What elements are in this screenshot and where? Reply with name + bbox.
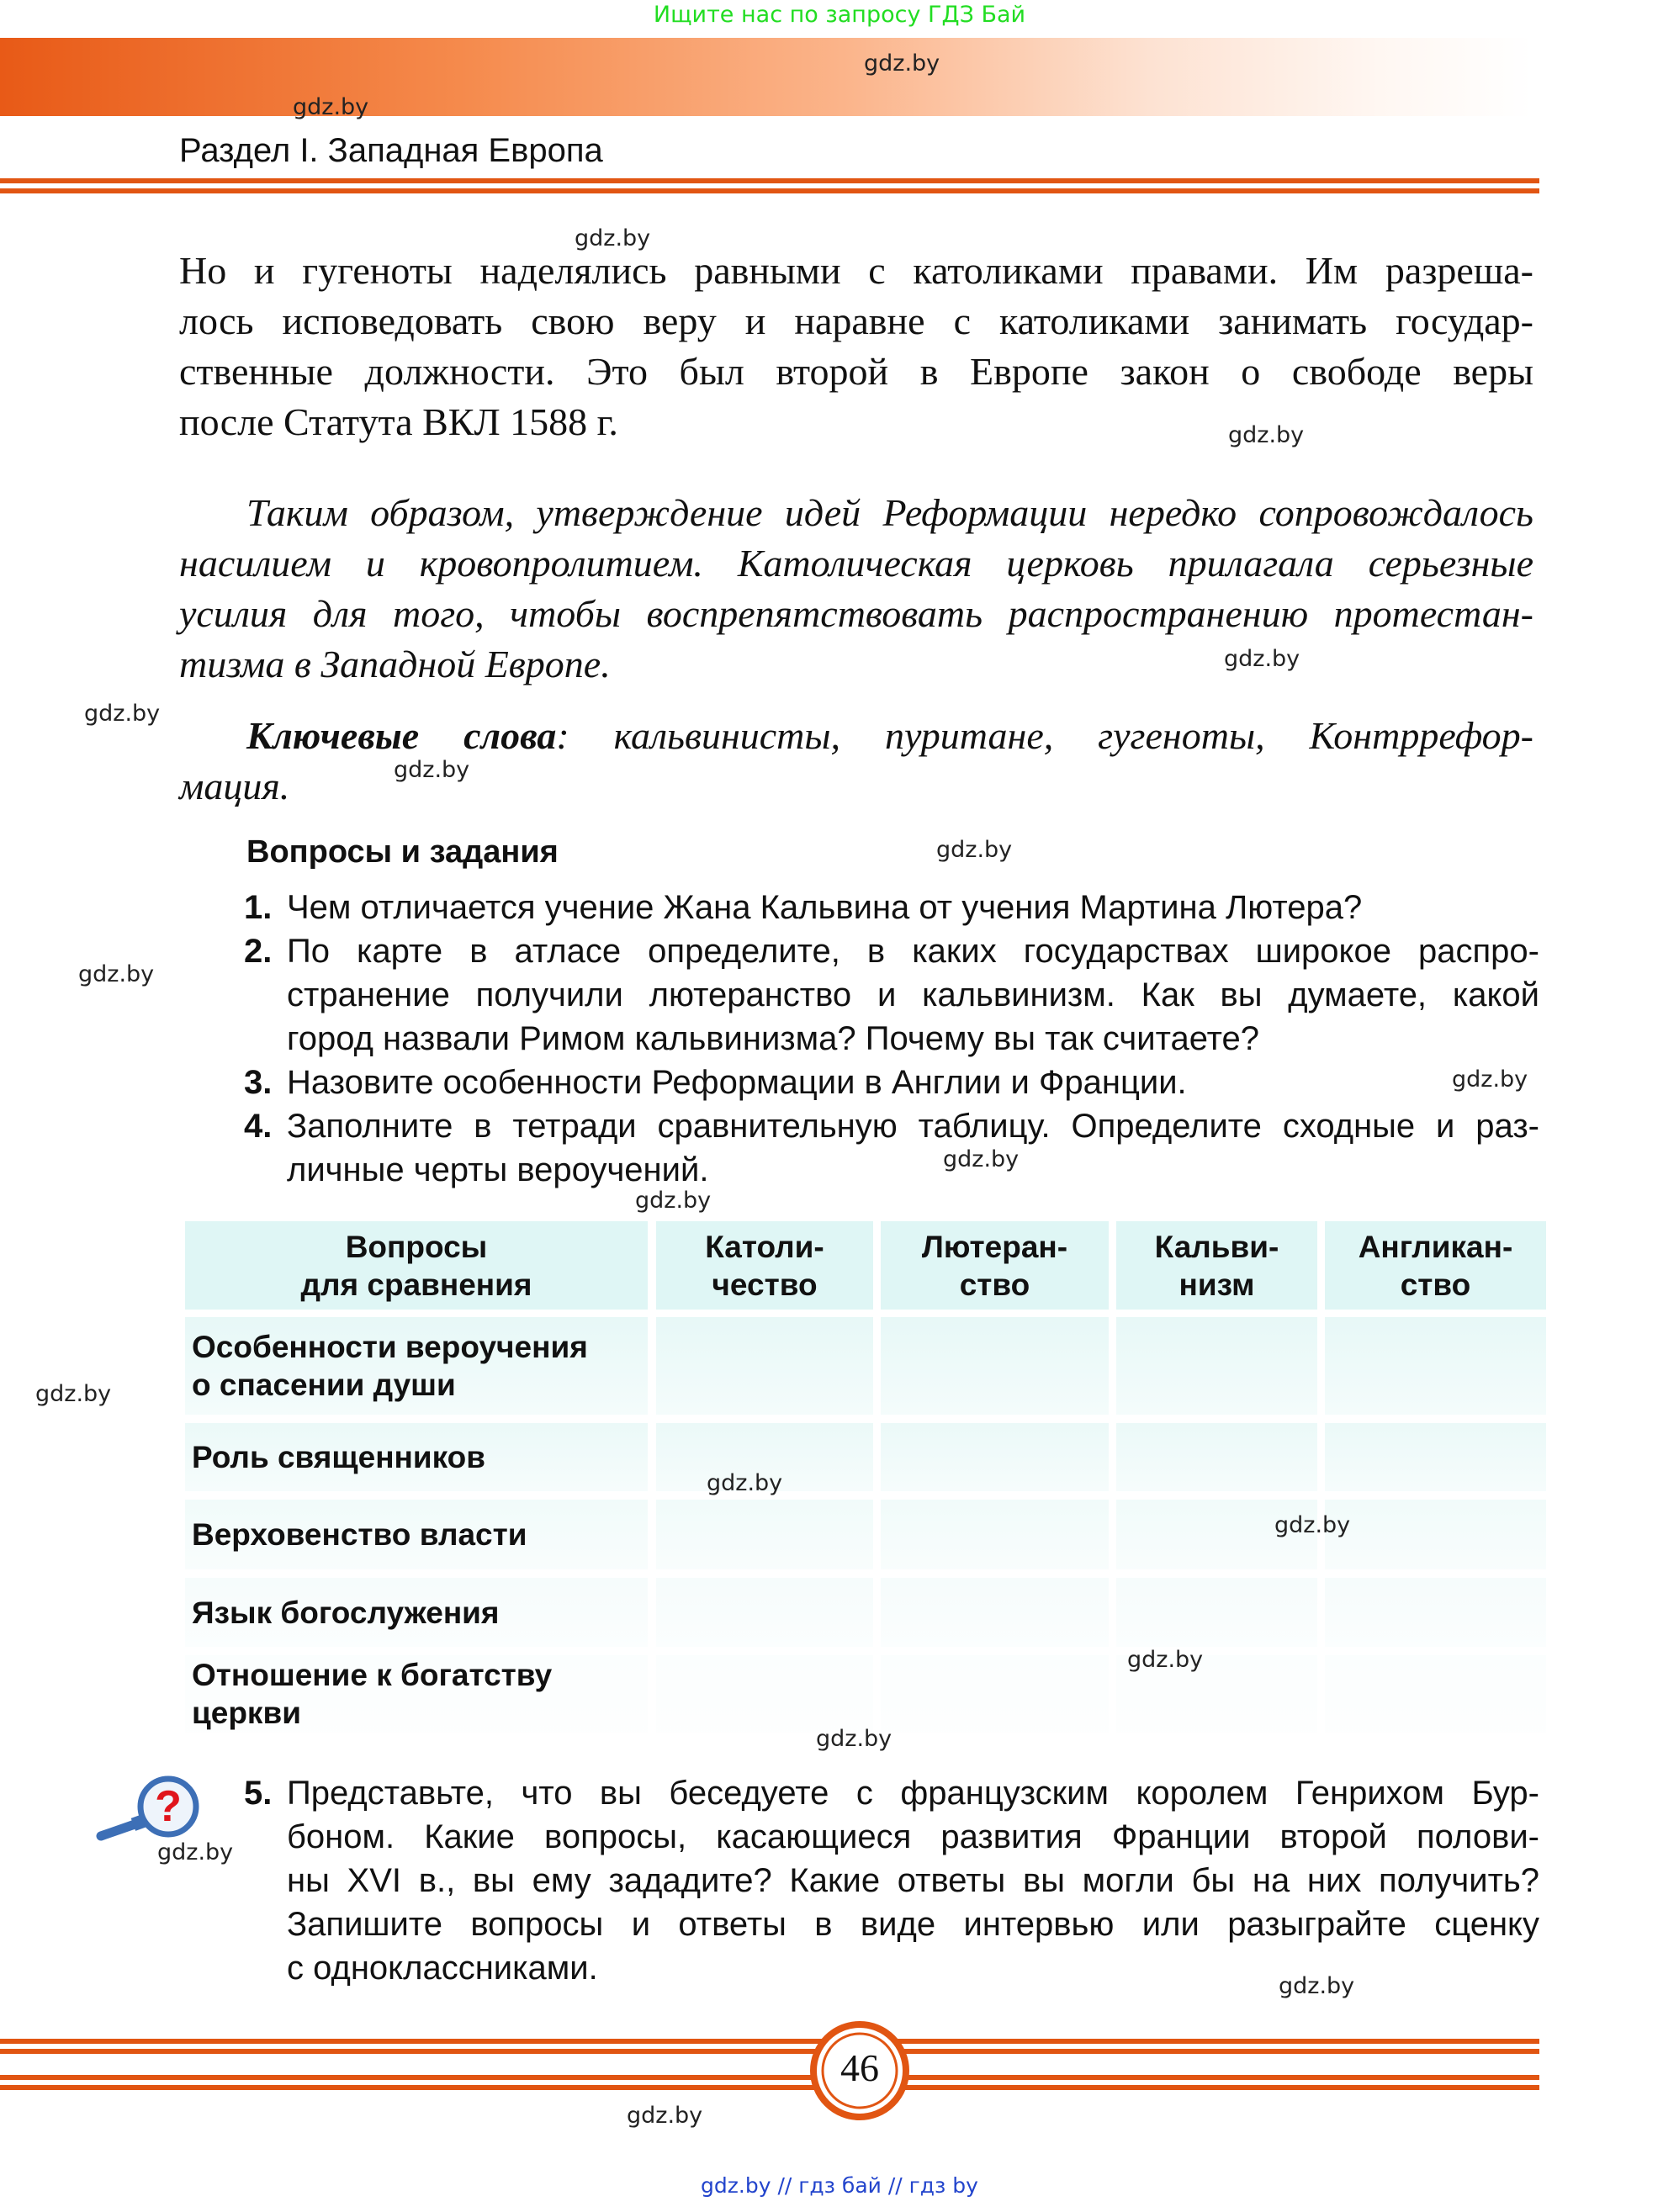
question-item: 2. По карте в атласе определите, в каких… bbox=[244, 929, 1539, 1061]
conclusion-paragraph: Таким образом, утверждение идей Реформац… bbox=[179, 488, 1533, 690]
table-cell bbox=[881, 1500, 1109, 1569]
table-cell bbox=[881, 1423, 1109, 1491]
watermark: gdz.by bbox=[943, 1146, 1019, 1172]
paragraph-line: Но и гугеноты наделялись равными с катол… bbox=[179, 246, 1533, 296]
watermark: gdz.by bbox=[864, 50, 940, 77]
question-line: боном. Какие вопросы, касающиеся развити… bbox=[287, 1815, 1539, 1859]
footer-links[interactable]: gdz.by // гдз бай // гдз by bbox=[0, 2173, 1679, 2198]
question-item: 3. Назовите особенности Реформации в Анг… bbox=[244, 1061, 1539, 1104]
watermark: gdz.by bbox=[293, 94, 368, 120]
watermark: gdz.by bbox=[816, 1726, 892, 1752]
paragraph-line: Таким образом, утверждение идей Реформац… bbox=[179, 488, 1533, 538]
question-number: 2. bbox=[244, 929, 272, 973]
cell-text: Роль священников bbox=[192, 1438, 485, 1476]
table-row-header: Роль священников bbox=[185, 1423, 648, 1491]
watermark: gdz.by bbox=[575, 225, 650, 251]
watermark: gdz.by bbox=[1228, 422, 1304, 448]
table-cell bbox=[881, 1317, 1109, 1415]
watermark: gdz.by bbox=[1224, 646, 1300, 672]
watermark: gdz.by bbox=[394, 757, 469, 783]
magnifier-question-icon: ? bbox=[91, 1769, 204, 1844]
cell-text: Католи- чество bbox=[705, 1228, 824, 1304]
table-row-header: Верховенство власти bbox=[185, 1500, 648, 1569]
table-cell bbox=[1325, 1655, 1546, 1733]
paragraph-line: усилия для того, чтобы воспрепятствовать… bbox=[179, 589, 1533, 639]
keywords-line: мация. bbox=[179, 761, 1533, 812]
footer-rule bbox=[0, 2039, 1539, 2044]
table-cell bbox=[1325, 1423, 1546, 1491]
table-header-cell: Англикан- ство bbox=[1325, 1221, 1546, 1310]
question-line: странение получили лютеранство и кальвин… bbox=[287, 973, 1539, 1017]
cell-text: Лютеран- ство bbox=[922, 1228, 1067, 1304]
header-band bbox=[0, 38, 1533, 116]
table-header-cell: Вопросы для сравнения bbox=[185, 1221, 648, 1310]
header-rule-top bbox=[0, 178, 1539, 183]
watermark: gdz.by bbox=[707, 1470, 782, 1496]
watermark: gdz.by bbox=[936, 837, 1012, 863]
question-line: Заполните в тетради сравнительную таблиц… bbox=[287, 1104, 1539, 1148]
svg-text:?: ? bbox=[155, 1782, 182, 1831]
table-header-cell: Католи- чество bbox=[656, 1221, 873, 1310]
question-line: город назвали Римом кальвинизма? Почему … bbox=[287, 1017, 1539, 1061]
watermark: gdz.by bbox=[1279, 1973, 1354, 1999]
question-line: Представьте, что вы беседуете с французс… bbox=[287, 1771, 1539, 1815]
search-banner: Ищите нас по запросу ГДЗ Бай bbox=[0, 2, 1679, 28]
table-cell bbox=[1116, 1423, 1317, 1491]
cell-text: Особенности вероучения о спасении души bbox=[192, 1328, 588, 1404]
cell-text: Верховенство власти bbox=[192, 1516, 527, 1553]
keywords-paragraph: Ключевые слова: кальвинисты, пуритане, г… bbox=[179, 711, 1533, 812]
question-number: 5. bbox=[244, 1771, 272, 1815]
paragraph-line: после Статута ВКЛ 1588 г. bbox=[179, 397, 1533, 447]
question-item: 4. Заполните в тетради сравнительную таб… bbox=[244, 1104, 1539, 1192]
watermark: gdz.by bbox=[1452, 1066, 1528, 1093]
question-item: 5. Представьте, что вы беседуете с франц… bbox=[244, 1771, 1539, 1990]
cell-text: Вопросы для сравнения bbox=[301, 1228, 532, 1304]
page-number: 46 bbox=[809, 2045, 910, 2090]
table-row-header: Язык богослужения bbox=[185, 1578, 648, 1647]
question-line: ны XVI в., вы ему зададите? Какие ответы… bbox=[287, 1859, 1539, 1902]
footer-rule bbox=[0, 2049, 1539, 2054]
question-number: 4. bbox=[244, 1104, 272, 1148]
watermark: gdz.by bbox=[1274, 1512, 1350, 1538]
watermark: gdz.by bbox=[35, 1381, 111, 1407]
table-cell bbox=[656, 1500, 873, 1569]
keywords-label: Ключевые слова bbox=[246, 714, 556, 757]
questions-list: 1. Чем отличается учение Жана Кальвина о… bbox=[244, 886, 1539, 1192]
paragraph-line: лось исповедовать свою веру и наравне с … bbox=[179, 296, 1533, 347]
question-item: 1. Чем отличается учение Жана Кальвина о… bbox=[244, 886, 1539, 929]
header-rule-bottom bbox=[0, 188, 1539, 193]
table-header-cell: Лютеран- ство bbox=[881, 1221, 1109, 1310]
question-number: 3. bbox=[244, 1061, 272, 1104]
table-cell bbox=[881, 1655, 1109, 1733]
table-cell bbox=[1116, 1578, 1317, 1647]
question-5: 5. Представьте, что вы беседуете с франц… bbox=[244, 1771, 1539, 1990]
cell-text: Кальви- низм bbox=[1155, 1228, 1279, 1304]
cell-text: Язык богослужения bbox=[192, 1594, 500, 1632]
table-cell bbox=[1325, 1317, 1546, 1415]
table-cell bbox=[656, 1655, 873, 1733]
question-line: По карте в атласе определите, в каких го… bbox=[287, 929, 1539, 973]
question-line: Запишите вопросы и ответы в виде интервь… bbox=[287, 1902, 1539, 1946]
question-line: Назовите особенности Реформации в Англии… bbox=[287, 1061, 1539, 1104]
watermark: gdz.by bbox=[1127, 1647, 1203, 1673]
table-cell bbox=[656, 1317, 873, 1415]
keywords-line: Ключевые слова: кальвинисты, пуритане, г… bbox=[179, 711, 1533, 761]
cell-text: Отношение к богатству церкви bbox=[192, 1656, 552, 1732]
watermark: gdz.by bbox=[78, 961, 154, 987]
keywords-list: : кальвинисты, пуритане, гугеноты, Контр… bbox=[556, 714, 1533, 757]
question-number: 1. bbox=[244, 886, 272, 929]
table-cell bbox=[1325, 1578, 1546, 1647]
body-paragraph: Но и гугеноты наделялись равными с катол… bbox=[179, 246, 1533, 447]
table-cell bbox=[1116, 1317, 1317, 1415]
watermark: gdz.by bbox=[157, 1839, 233, 1865]
table-row-header: Особенности вероучения о спасении души bbox=[185, 1317, 648, 1415]
cell-text: Англикан- ство bbox=[1359, 1228, 1513, 1304]
table-cell bbox=[656, 1578, 873, 1647]
footer-rule bbox=[0, 2075, 1539, 2080]
watermark: gdz.by bbox=[84, 701, 160, 727]
table-cell bbox=[881, 1578, 1109, 1647]
paragraph-line: ственные должности. Это был второй в Евр… bbox=[179, 347, 1533, 397]
table-cell bbox=[1325, 1500, 1546, 1569]
table-row-header: Отношение к богатству церкви bbox=[185, 1655, 648, 1733]
watermark: gdz.by bbox=[635, 1188, 711, 1214]
question-line: личные черты вероучений. bbox=[287, 1148, 1539, 1192]
watermark: gdz.by bbox=[627, 2103, 702, 2129]
section-title: Раздел I. Западная Европа bbox=[179, 132, 603, 170]
paragraph-line: тизма в Западной Европе. bbox=[179, 639, 1533, 690]
table-header-cell: Кальви- низм bbox=[1116, 1221, 1317, 1310]
questions-heading: Вопросы и задания bbox=[246, 834, 559, 871]
paragraph-line: насилием и кровопролитием. Католическая … bbox=[179, 538, 1533, 589]
question-line: Чем отличается учение Жана Кальвина от у… bbox=[287, 886, 1539, 929]
footer-rule bbox=[0, 2085, 1539, 2090]
